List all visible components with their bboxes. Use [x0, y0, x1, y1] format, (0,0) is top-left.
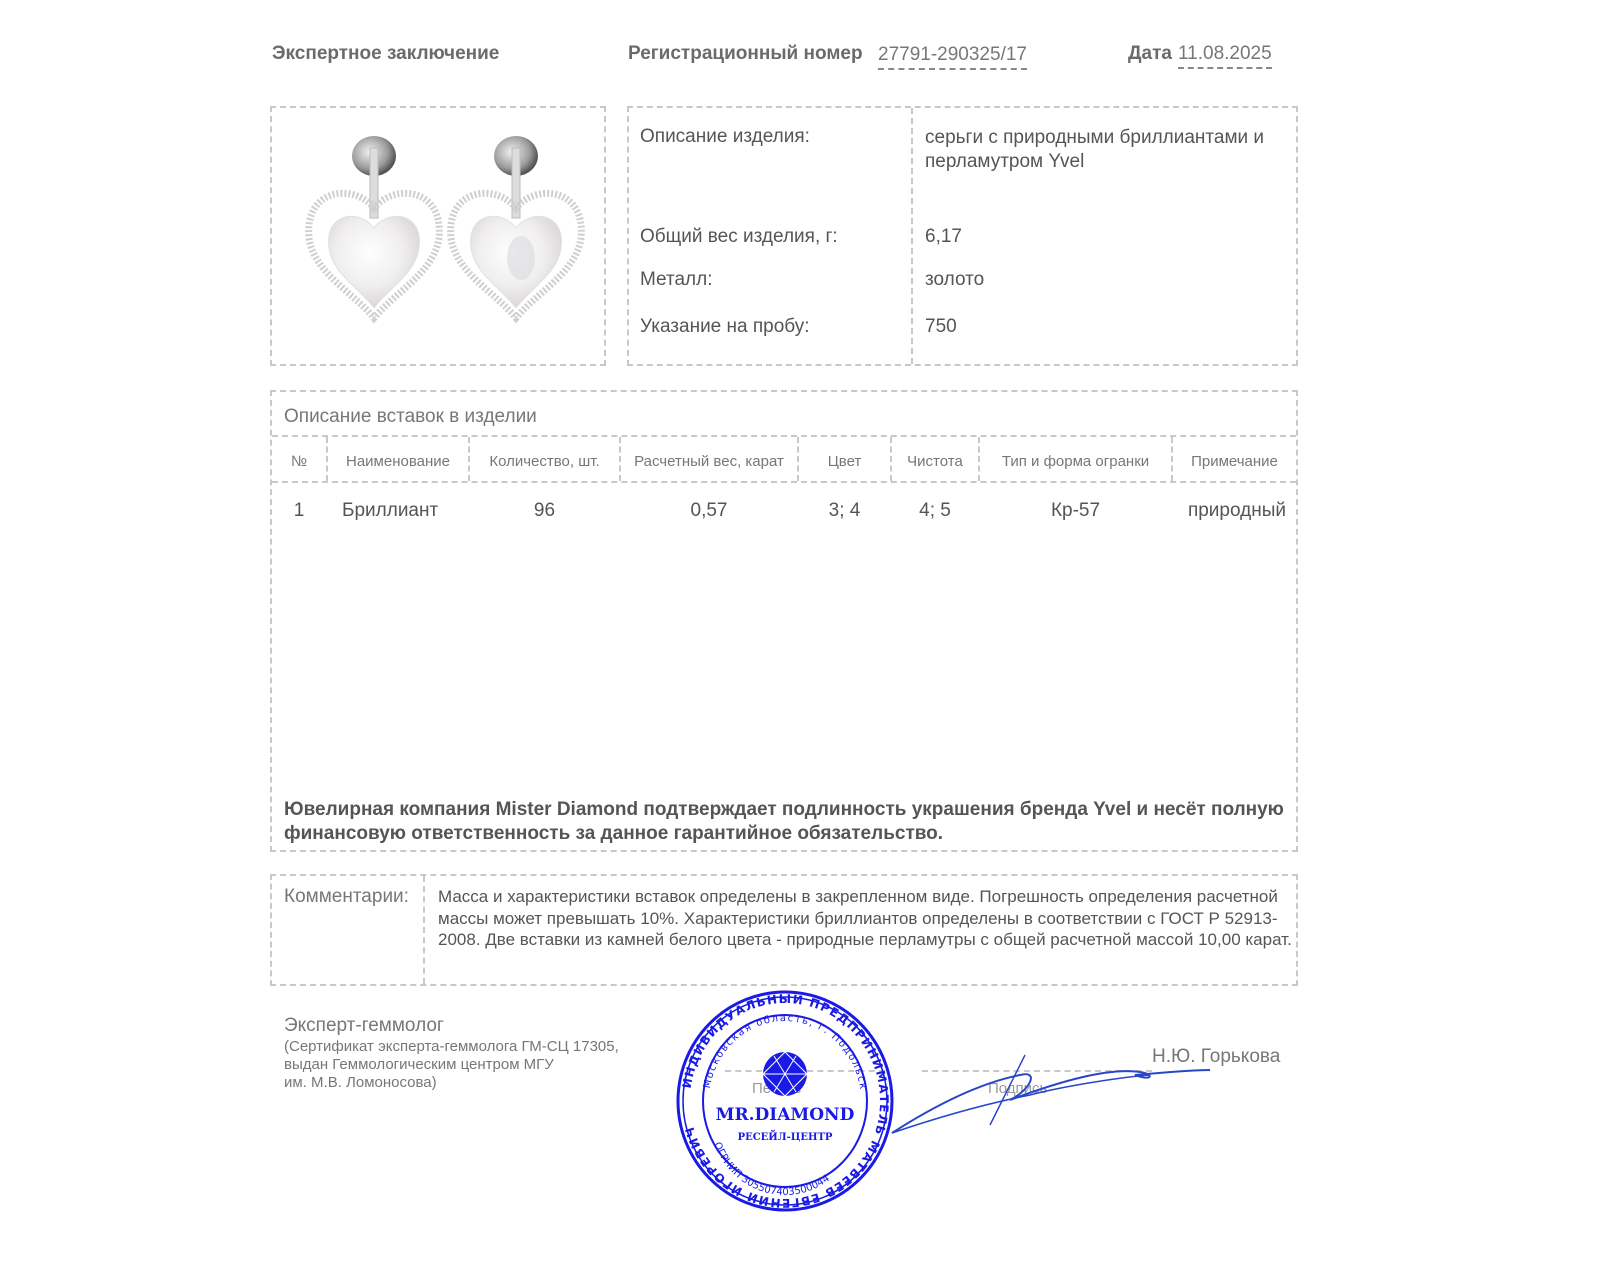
earrings-image	[272, 108, 604, 364]
description-label: Описание изделия:	[640, 126, 810, 148]
cell-note: природный	[1160, 500, 1296, 522]
comments-label: Комментарии:	[284, 886, 409, 908]
cell-cut: Кр-57	[980, 500, 1171, 522]
reg-number-label: Регистрационный номер	[628, 43, 863, 65]
svg-text:ИНДИВИДУАЛЬНЫЙ ПРЕДПРИНИМАТЕЛЬ: ИНДИВИДУАЛЬНЫЙ ПРЕДПРИНИМАТЕЛЬ МАТВЕЕВ Е…	[680, 991, 891, 1210]
col-quantity: Количество, шт.	[470, 453, 619, 470]
weight-label: Общий вес изделия, г:	[640, 226, 838, 248]
product-image-frame	[270, 106, 606, 366]
signature	[880, 1045, 1220, 1145]
cell-quantity: 96	[470, 500, 619, 522]
inserts-title: Описание вставок в изделии	[284, 406, 537, 428]
signature-scribble-icon	[880, 1045, 1220, 1145]
stamp-seal-icon: ИНДИВИДУАЛЬНЫЙ ПРЕДПРИНИМАТЕЛЬ МАТВЕЕВ Е…	[676, 990, 894, 1212]
date-value: 11.08.2025	[1178, 43, 1272, 69]
hallmark-label: Указание на пробу:	[640, 316, 810, 338]
expert-cert-line3: им. М.В. Ломоносова)	[284, 1074, 619, 1092]
date-label: Дата	[1128, 43, 1172, 65]
cell-number: 1	[272, 500, 326, 522]
col-name: Наименование	[328, 453, 468, 470]
expert-cert-line1: (Сертификат эксперта-геммолога ГМ-СЦ 173…	[284, 1038, 619, 1056]
col-number: №	[272, 453, 326, 470]
col-clarity: Чистота	[892, 453, 978, 470]
cell-name: Бриллиант	[342, 500, 438, 522]
svg-text:MR.DIAMOND: MR.DIAMOND	[716, 1105, 855, 1125]
reg-number-value: 27791-290325/17	[878, 44, 1027, 70]
col-note: Примечание	[1173, 453, 1296, 470]
hallmark-value: 750	[925, 316, 957, 338]
cell-weight: 0,57	[621, 500, 797, 522]
cell-color: 3; 4	[799, 500, 890, 522]
expert-title: Эксперт-геммолог	[284, 1015, 444, 1037]
weight-value: 6,17	[925, 226, 962, 248]
comments-text: Масса и характеристики вставок определен…	[438, 886, 1293, 951]
col-weight: Расчетный вес, карат	[621, 453, 797, 470]
col-color: Цвет	[799, 453, 890, 470]
expert-cert-line2: выдан Геммологическим центром МГУ	[284, 1056, 619, 1074]
description-value: серьги с природными бриллиантами и перла…	[925, 126, 1290, 174]
col-cut: Тип и форма огранки	[980, 453, 1171, 470]
svg-text:РЕСЕЙЛ-ЦЕНТР: РЕСЕЙЛ-ЦЕНТР	[738, 1130, 833, 1143]
metal-label: Металл:	[640, 269, 712, 291]
document-title: Экспертное заключение	[272, 43, 499, 65]
metal-value: золото	[925, 269, 984, 291]
guarantee-text: Ювелирная компания Mister Diamond подтве…	[284, 798, 1289, 846]
company-stamp: ИНДИВИДУАЛЬНЫЙ ПРЕДПРИНИМАТЕЛЬ МАТВЕЕВ Е…	[676, 990, 894, 1212]
cell-clarity: 4; 5	[892, 500, 978, 522]
svg-text:ОГРНИП 305507403500044: ОГРНИП 305507403500044	[711, 1141, 832, 1198]
expert-credentials: (Сертификат эксперта-геммолога ГМ-СЦ 173…	[284, 1038, 619, 1092]
